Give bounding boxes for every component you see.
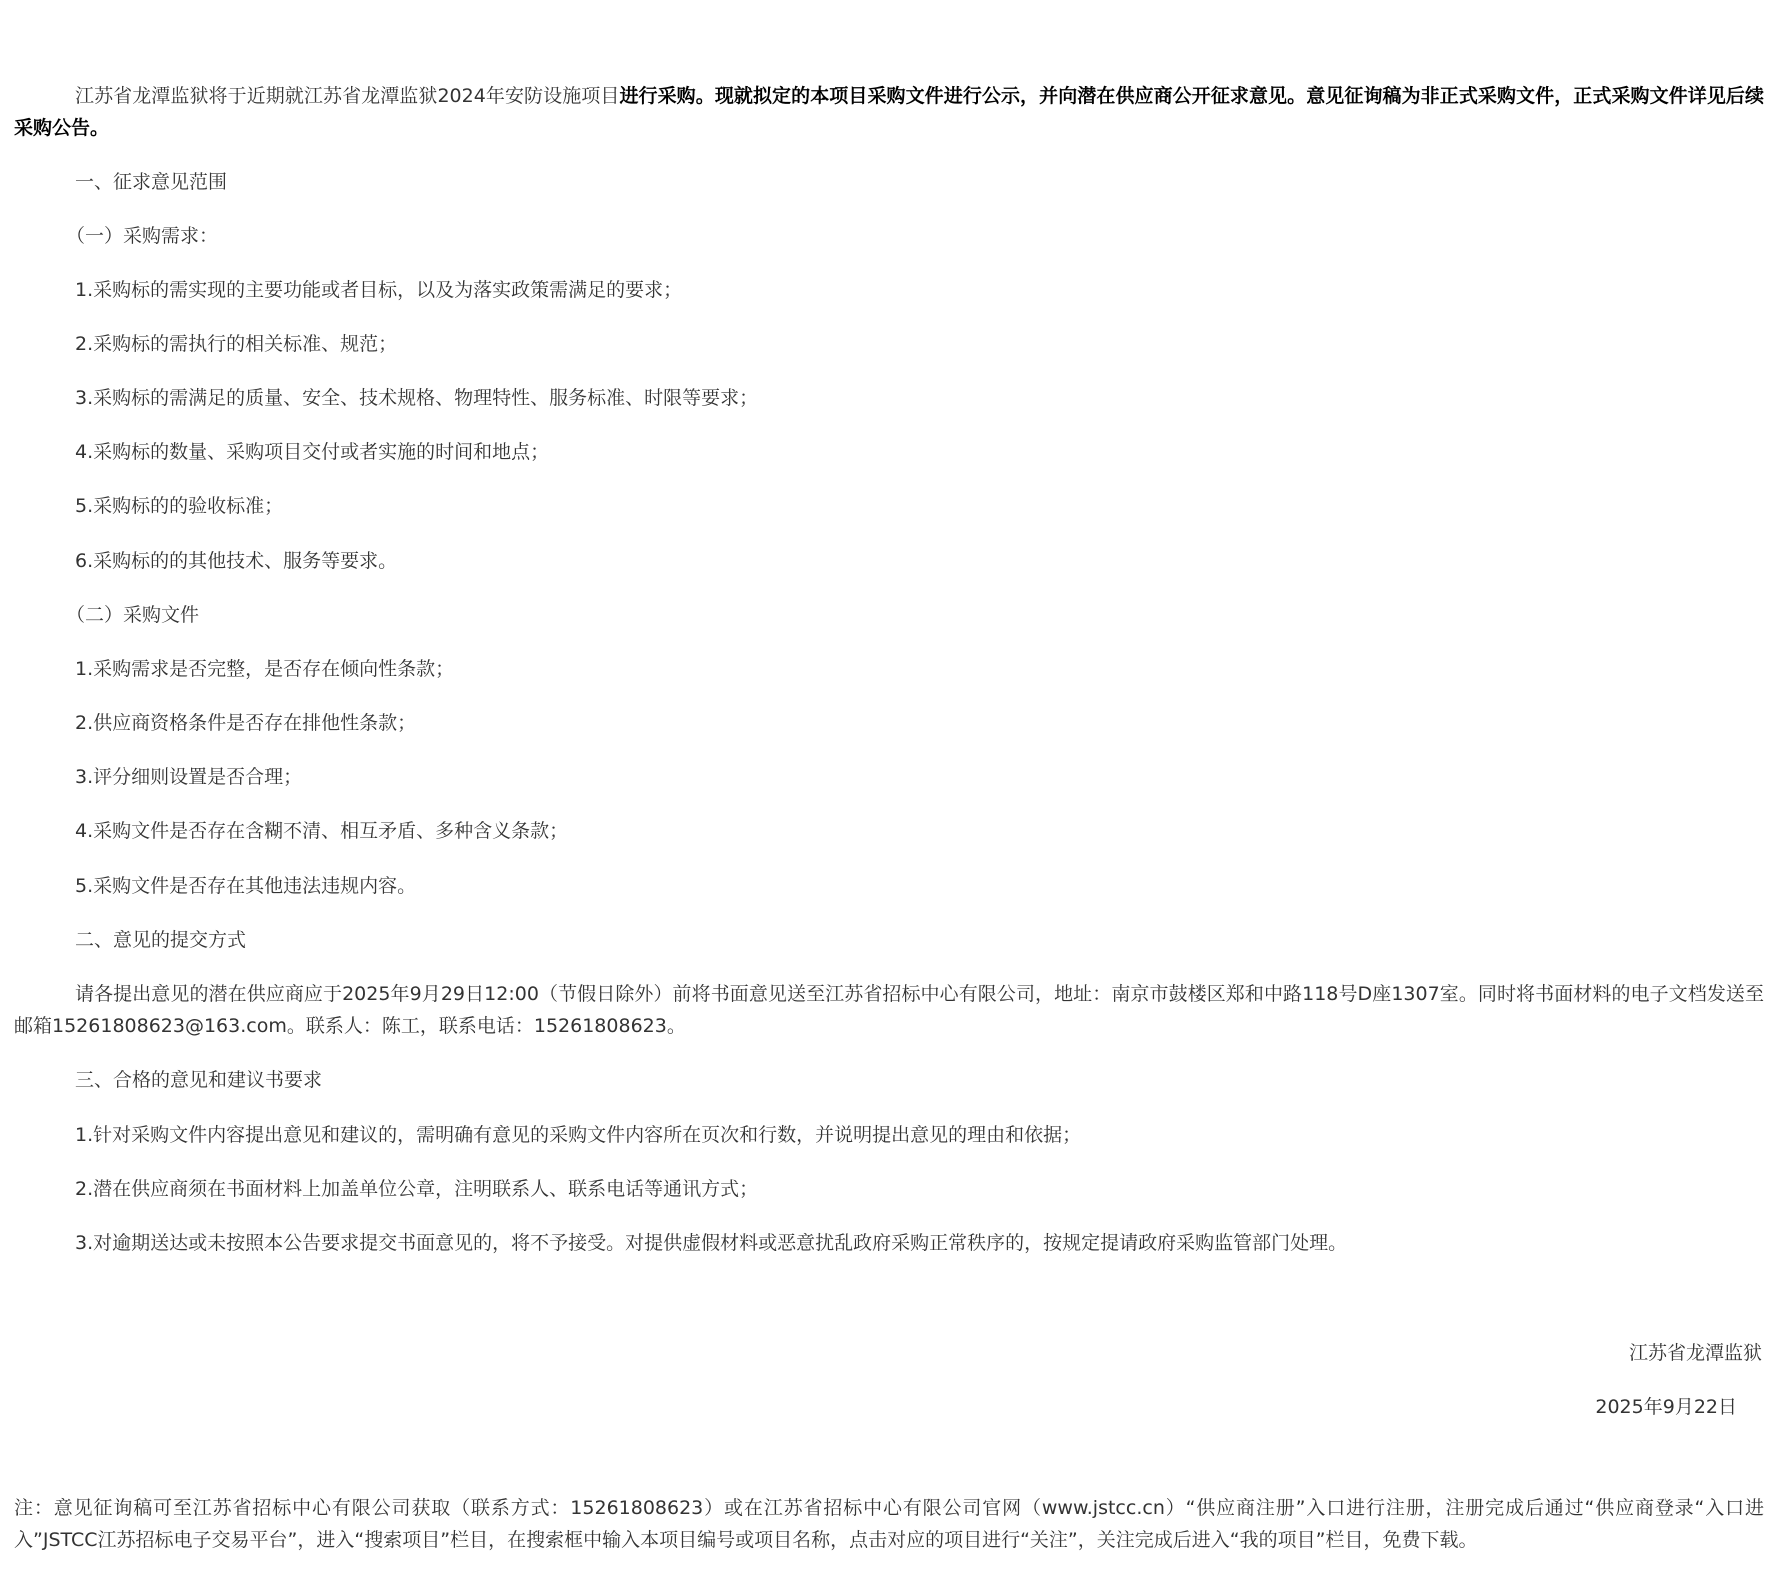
section1-sub2-heading: （二）采购文件 xyxy=(14,599,1764,631)
section1-sub1-heading: （一）采购需求： xyxy=(14,220,1764,252)
list-item: 1.采购标的需实现的主要功能或者目标，以及为落实政策需满足的要求； xyxy=(14,274,1764,306)
intro-paragraph: 江苏省龙潭监狱将于近期就江苏省龙潭监狱2024年安防设施项目进行采购。现就拟定的… xyxy=(14,80,1764,144)
list-item: 4.采购文件是否存在含糊不清、相互矛盾、多种含义条款； xyxy=(14,815,1764,847)
list-item: 5.采购标的的验收标准； xyxy=(14,490,1764,522)
list-item: 3.对逾期送达或未按照本公告要求提交书面意见的，将不予接受。对提供虚假材料或恶意… xyxy=(14,1227,1764,1259)
list-item: 5.采购文件是否存在其他违法违规内容。 xyxy=(14,870,1764,902)
list-item: 3.采购标的需满足的质量、安全、技术规格、物理特性、服务标准、时限等要求； xyxy=(14,382,1764,414)
signature-date: 2025年9月22日 xyxy=(1595,1391,1737,1423)
list-item: 3.评分细则设置是否合理； xyxy=(14,761,1764,793)
list-item: 2.供应商资格条件是否存在排他性条款； xyxy=(14,707,1764,739)
section2-heading: 二、意见的提交方式 xyxy=(14,924,1764,956)
section1-heading: 一、征求意见范围 xyxy=(14,166,1764,198)
footnote: 注：意见征询稿可至江苏省招标中心有限公司获取（联系方式：15261808623）… xyxy=(14,1492,1764,1556)
list-item: 1.针对采购文件内容提出意见和建议的，需明确有意见的采购文件内容所在页次和行数，… xyxy=(14,1119,1764,1151)
signature-organization: 江苏省龙潭监狱 xyxy=(1629,1337,1762,1369)
section2-body: 请各提出意见的潜在供应商应于2025年9月29日12:00（节假日除外）前将书面… xyxy=(14,978,1764,1042)
list-item: 1.采购需求是否完整，是否存在倾向性条款； xyxy=(14,653,1764,685)
intro-text: 江苏省龙潭监狱将于近期就江苏省龙潭监狱2024年安防设施项目 xyxy=(75,85,619,107)
list-item: 2.采购标的需执行的相关标准、规范； xyxy=(14,328,1764,360)
list-item: 6.采购标的的其他技术、服务等要求。 xyxy=(14,545,1764,577)
section3-heading: 三、合格的意见和建议书要求 xyxy=(14,1064,1764,1096)
list-item: 4.采购标的数量、采购项目交付或者实施的时间和地点； xyxy=(14,436,1764,468)
list-item: 2.潜在供应商须在书面材料上加盖单位公章，注明联系人、联系电话等通讯方式； xyxy=(14,1173,1764,1205)
